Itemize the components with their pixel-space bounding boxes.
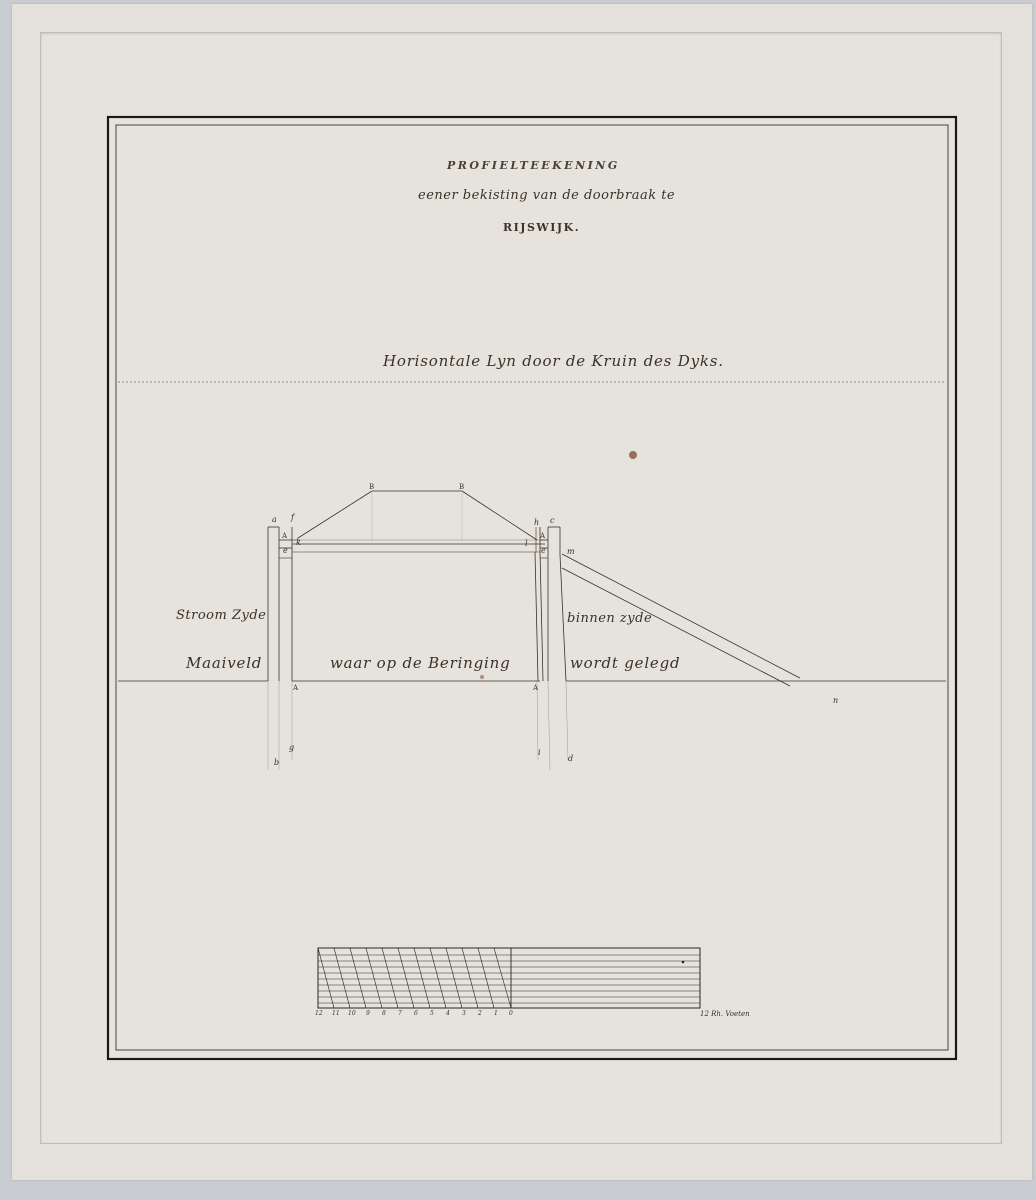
ground-level-label-2: waar op de Beringing [330,654,511,672]
scale-tick-5: 5 [430,1010,434,1017]
point-e-left: e [283,546,288,555]
scale-tick-12: 12 [315,1010,323,1017]
point-B-left: B [369,483,374,491]
scale-tick-1: 1 [494,1010,498,1017]
inner-side-label: binnen zyde [567,611,652,626]
title-line-3: RIJSWIJK. [503,221,580,234]
ground-level-label: Maaiveld [186,654,262,672]
scale-tick-6: 6 [414,1010,418,1017]
scale-tick-8: 8 [382,1010,386,1017]
point-c: c [550,516,554,525]
stream-side-label: Stroom Zyde [176,608,266,623]
title-line-1: PROFIELTEEKENING [447,159,620,172]
inner-frame [116,125,948,1050]
title-line-2: eener bekisting van de doorbraak te [418,188,675,203]
point-l: l [525,539,528,548]
engraving-drawing [0,0,1036,1200]
point-n: n [833,696,838,705]
point-b: b [274,758,279,767]
point-d: d [568,754,573,763]
scale-bar [318,948,700,1008]
point-A-bottom-left: A [293,684,298,692]
point-a: a [272,515,277,524]
scale-tick-9: 9 [366,1010,370,1017]
foxing-spot [629,451,637,459]
point-A-top-right: A [540,532,545,540]
scale-tick-4: 4 [446,1010,450,1017]
point-e-right: e [541,546,546,555]
scale-tick-2: 2 [478,1010,482,1017]
point-f: f [291,513,294,522]
scale-tick-3: 3 [462,1010,466,1017]
scale-unit-label: 12 Rh. Voeten [700,1010,750,1018]
point-h: h [534,518,539,527]
point-m: m [567,547,575,556]
scale-tick-10: 10 [348,1010,356,1017]
scale-tick-11: 11 [332,1010,340,1017]
point-A-bottom-right: A [533,684,538,692]
point-g: g [289,743,294,752]
crest-line-label: Horisontale Lyn door de Kruin des Dyks. [383,352,724,370]
foxing-spot [480,675,484,679]
point-A-top-left: A [282,532,287,540]
scale-tick-7: 7 [398,1010,402,1017]
point-B-right: B [459,483,464,491]
point-i: i [538,748,541,757]
outer-frame [108,117,956,1059]
dike-profile [118,491,946,770]
point-k: k [296,538,301,547]
scale-tick-0: 0 [509,1010,513,1017]
ground-level-label-3: wordt gelegd [570,654,680,672]
